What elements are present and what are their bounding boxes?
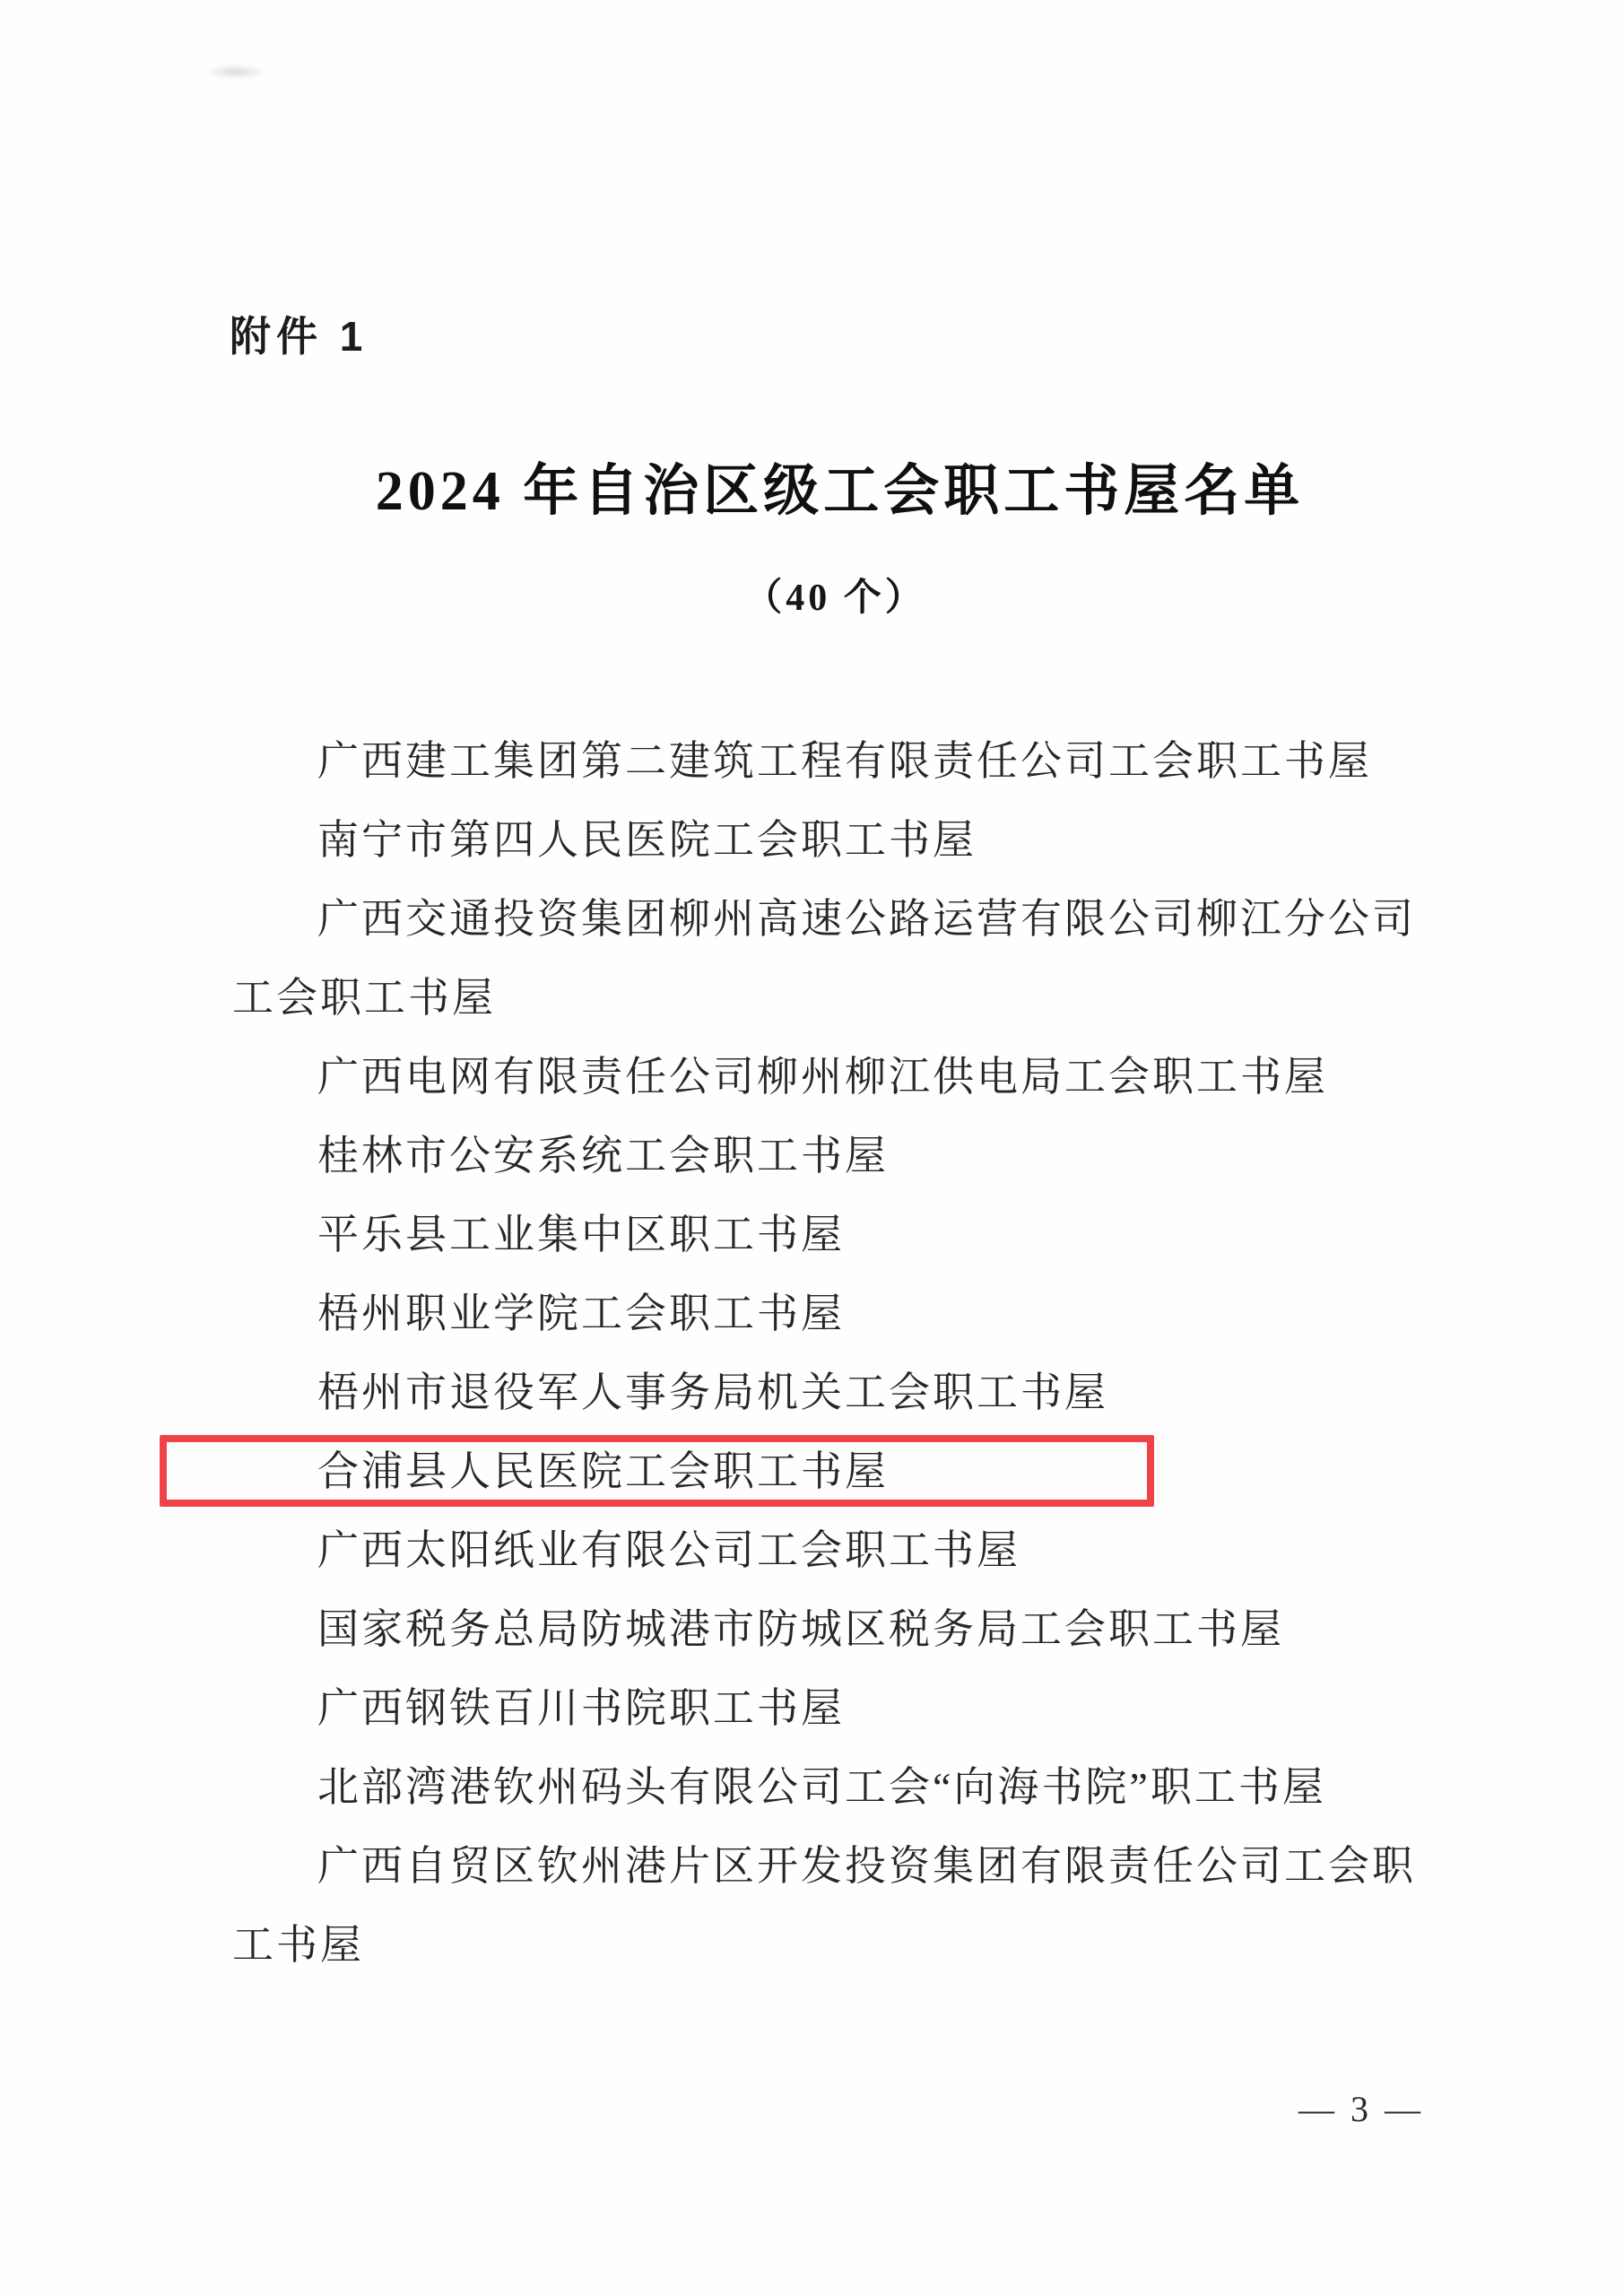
list-line: 桂林市公安系统工会职工书屋	[232, 1117, 1559, 1196]
list-line: 梧州职业学院工会职工书屋	[232, 1274, 1559, 1353]
list-line: 广西自贸区钦州港片区开发投资集团有限责任公司工会职	[232, 1827, 1559, 1906]
list-line: 北部湾港钦州码头有限公司工会“向海书院”职工书屋	[232, 1748, 1559, 1827]
list-line: 工会职工书屋	[232, 959, 1559, 1038]
list-line: 广西建工集团第二建筑工程有限责任公司工会职工书屋	[232, 722, 1559, 801]
list-line-text: 北部湾港钦州码头有限公司工会“向海书院”职工书屋	[317, 1764, 1326, 1810]
list-line-text: 广西电网有限责任公司柳州柳江供电局工会职工书屋	[317, 1054, 1328, 1100]
list-line-text: 桂林市公安系统工会职工书屋	[317, 1133, 889, 1178]
book-house-list: 广西建工集团第二建筑工程有限责任公司工会职工书屋南宁市第四人民医院工会职工书屋广…	[232, 722, 1559, 1985]
list-line: 平乐县工业集中区职工书屋	[232, 1196, 1559, 1274]
list-line-text: 国家税务总局防城港市防城区税务局工会职工书屋	[317, 1606, 1284, 1652]
list-line-text: 梧州职业学院工会职工书屋	[317, 1291, 845, 1336]
list-line-text: 平乐县工业集中区职工书屋	[317, 1212, 845, 1257]
page-number: — 3 —	[1298, 2086, 1424, 2133]
document-subtitle: （40 个）	[0, 572, 1624, 624]
scan-smudge	[204, 65, 267, 79]
document-page: 附件 1 2024 年自治区级工会职工书屋名单 （40 个） 广西建工集团第二建…	[0, 0, 1624, 2296]
list-line-text: 广西交通投资集团柳州高速公路运营有限公司柳江分公司	[317, 896, 1416, 942]
list-line-text: 梧州市退役军人事务局机关工会职工书屋	[317, 1370, 1108, 1415]
list-line: 广西太阳纸业有限公司工会职工书屋	[232, 1511, 1559, 1590]
attachment-label: 附件 1	[230, 310, 368, 362]
list-line: 广西电网有限责任公司柳州柳江供电局工会职工书屋	[232, 1038, 1559, 1117]
list-line: 南宁市第四人民医院工会职工书屋	[232, 801, 1559, 880]
document-title: 2024 年自治区级工会职工书屋名单	[0, 456, 1624, 527]
list-line: 工书屋	[232, 1906, 1559, 1985]
list-line-text: 广西钢铁百川书院职工书屋	[317, 1685, 845, 1731]
list-line-text: 广西自贸区钦州港片区开发投资集团有限责任公司工会职	[317, 1843, 1416, 1889]
list-line-text: 广西建工集团第二建筑工程有限责任公司工会职工书屋	[317, 738, 1372, 784]
list-line-text: 南宁市第四人民医院工会职工书屋	[317, 817, 977, 863]
list-line: 国家税务总局防城港市防城区税务局工会职工书屋	[232, 1590, 1559, 1669]
list-line-text: 工会职工书屋	[232, 975, 496, 1021]
list-line: 梧州市退役军人事务局机关工会职工书屋	[232, 1353, 1559, 1432]
list-line-highlighted: 合浦县人民医院工会职工书屋	[232, 1432, 1559, 1511]
list-line: 广西钢铁百川书院职工书屋	[232, 1669, 1559, 1748]
list-line-text: 工书屋	[232, 1922, 364, 1968]
list-line: 广西交通投资集团柳州高速公路运营有限公司柳江分公司	[232, 880, 1559, 959]
list-line-text: 合浦县人民医院工会职工书屋	[317, 1448, 889, 1494]
list-line-text: 广西太阳纸业有限公司工会职工书屋	[317, 1527, 1020, 1573]
